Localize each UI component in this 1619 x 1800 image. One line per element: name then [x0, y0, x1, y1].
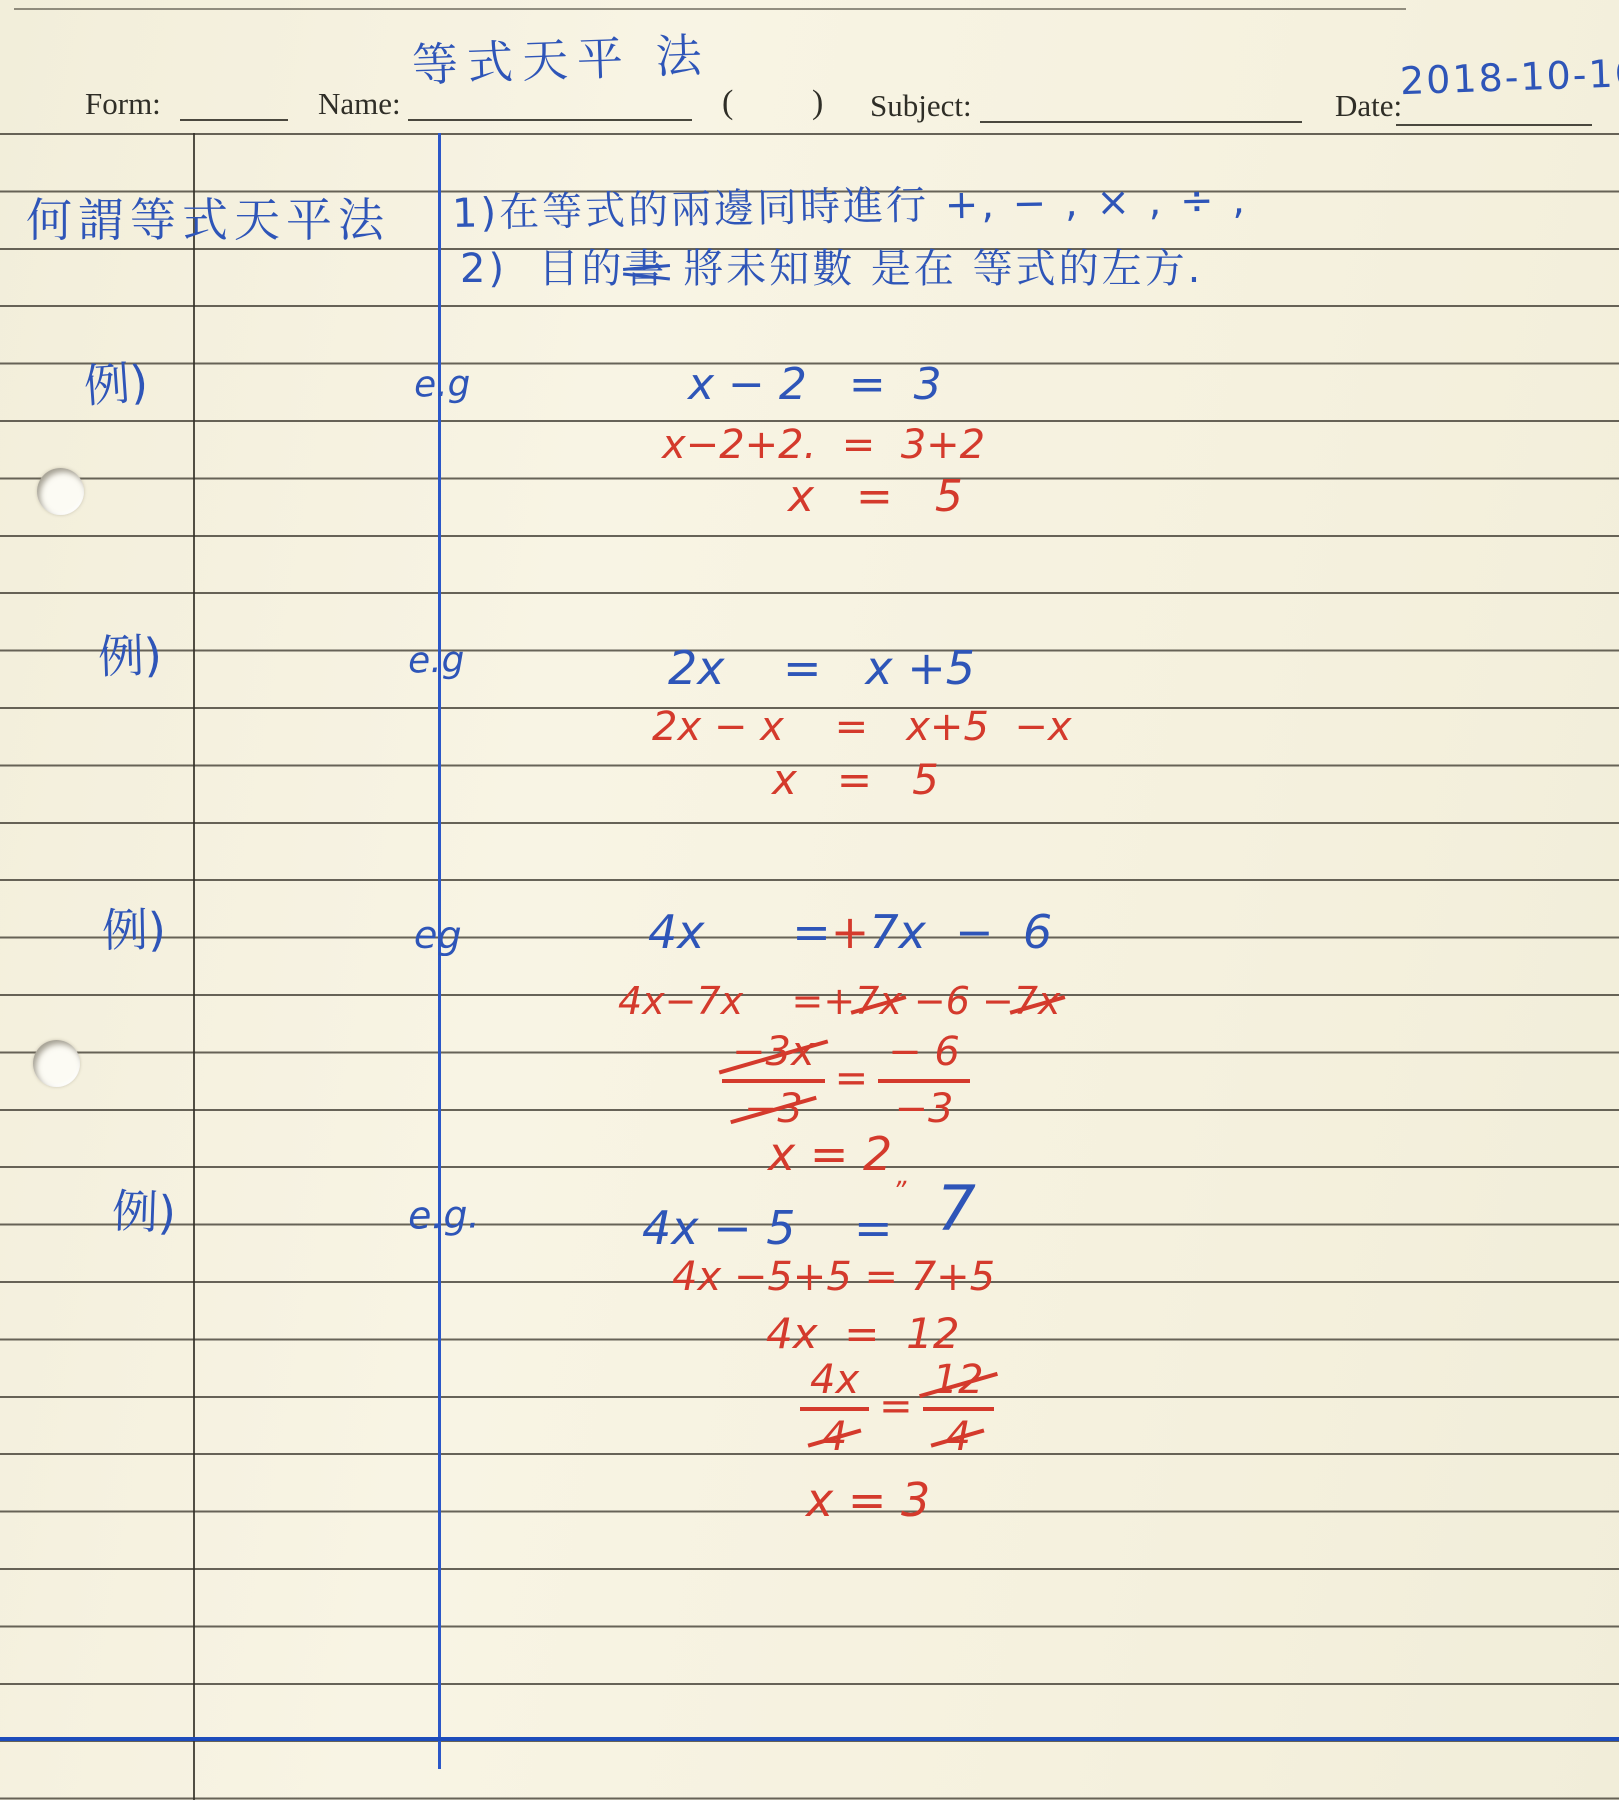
top-partial-rule — [14, 8, 1406, 10]
rule-point-2-number: 2) — [460, 246, 507, 292]
example-3-fraction-left-denominator: −3 — [734, 1083, 813, 1131]
example-2-eg: e.g — [408, 642, 465, 681]
example-4-fraction-right-denominator: 4 — [935, 1411, 980, 1459]
example-3-step-1-left: 4x−7x = — [618, 979, 823, 1023]
example-4-result: x = 3 — [806, 1476, 930, 1524]
example-3-fraction-step: −3x−3=− 6−3 — [712, 1030, 980, 1131]
example-4-fraction-left-denominator: 4 — [812, 1411, 857, 1459]
example-4-problem-left: 4x − 5 = — [642, 1201, 936, 1255]
example-3-step-1-plus: + — [823, 979, 855, 1023]
example-4-fraction-left: 4x4 — [800, 1358, 869, 1459]
name-label: Name: — [318, 86, 401, 122]
paren-close: ) — [812, 84, 823, 122]
example-2-problem: 2x = x +5 — [668, 644, 975, 692]
example-3-step-1-crossed-7x-b: 7x — [1014, 982, 1061, 1022]
example-3-step-1-minus: − — [982, 979, 1014, 1023]
rule-point-2: 2) 目的書 將未知數 是在 等式的左方. — [460, 248, 1203, 290]
example-4-label: 例) — [111, 1187, 177, 1237]
name-underline — [408, 119, 692, 121]
example-3-fraction-equals: = — [835, 1056, 869, 1102]
example-3-eg: eg — [414, 916, 462, 957]
example-3-step-1: 4x−7x =+7x −6 −7x — [618, 982, 1061, 1022]
question-heading: 何謂等式天平法 — [26, 196, 390, 244]
example-3-problem-left: 4x = — [648, 905, 831, 959]
example-1-problem: x − 2 = 3 — [688, 362, 942, 408]
example-3-fraction-right-denominator: −3 — [885, 1083, 964, 1131]
rule-point-2-crossed-out: 書 — [625, 248, 668, 290]
example-3-fraction-right: − 6−3 — [878, 1030, 970, 1131]
example-4-problem-right: 7 — [936, 1172, 975, 1245]
example-1-label: 例) — [82, 358, 149, 411]
example-3-problem: 4x =+7x − 6 — [648, 908, 1052, 956]
rule-point-2-text-b: 將未知數 是在 等式的左方. — [668, 246, 1204, 292]
example-4-problem: 4x − 5 = 7 — [642, 1190, 976, 1255]
example-4-fraction-left-numerator: 4x — [800, 1358, 869, 1411]
form-underline — [180, 119, 288, 121]
example-4-fraction-step: 4x4=124 — [790, 1358, 1004, 1459]
example-1-result: x = 5 — [788, 474, 963, 520]
example-4-step-1: 4x −5+5 = 7+5 — [672, 1256, 995, 1298]
example-4-eg: e.g. — [408, 1195, 480, 1236]
punch-hole-bottom — [33, 1040, 80, 1087]
example-4-fraction-right-numerator: 12 — [923, 1358, 994, 1411]
notebook-page: Form: Name: 等式天平 法 ( ) Subject: Date: 20… — [0, 0, 1619, 1800]
example-3-problem-right: 7x − 6 — [869, 905, 1052, 959]
bottom-line-blue — [0, 1737, 1619, 1741]
date-label: Date: — [1335, 88, 1402, 124]
example-4-step-2: 4x = 12 — [766, 1312, 960, 1356]
subject-underline — [980, 121, 1302, 123]
example-4-fraction-equals: = — [879, 1384, 913, 1430]
margin-line-black — [193, 133, 195, 1800]
example-3-step-1-mid: −6 — [902, 979, 982, 1023]
example-3-label: 例) — [102, 905, 167, 954]
subject-label: Subject: — [870, 88, 972, 124]
example-2-result: x = 5 — [772, 758, 939, 802]
example-2-step-1: 2x − x = x+5 −x — [652, 706, 1072, 748]
name-value-handwritten: 等式天平 法 — [411, 31, 711, 90]
example-3-problem-inserted-plus: + — [831, 905, 870, 959]
example-4-fraction-right: 124 — [923, 1358, 994, 1459]
example-3-result-mark: „ — [896, 1161, 909, 1191]
example-3-result-text: x = 2 — [768, 1127, 892, 1181]
example-1-step-1: x−2+2. = 3+2 — [662, 424, 985, 466]
date-value-handwritten: 2018-10-16 — [1399, 54, 1619, 102]
example-3-result: x = 2„ — [768, 1130, 906, 1178]
rule-point-2-text-a: 目的 — [507, 246, 624, 292]
example-3-fraction-right-numerator: − 6 — [878, 1030, 970, 1083]
example-3-step-1-crossed-7x-a: 7x — [855, 982, 902, 1022]
example-3-fraction-left: −3x−3 — [722, 1030, 825, 1131]
example-2-label: 例) — [97, 631, 163, 681]
example-3-fraction-left-numerator: −3x — [722, 1030, 825, 1083]
paren-open: ( — [722, 84, 733, 122]
example-1-eg: e.g — [414, 366, 471, 405]
form-label: Form: — [85, 86, 161, 122]
date-underline — [1396, 124, 1592, 126]
punch-hole-top — [37, 468, 84, 515]
